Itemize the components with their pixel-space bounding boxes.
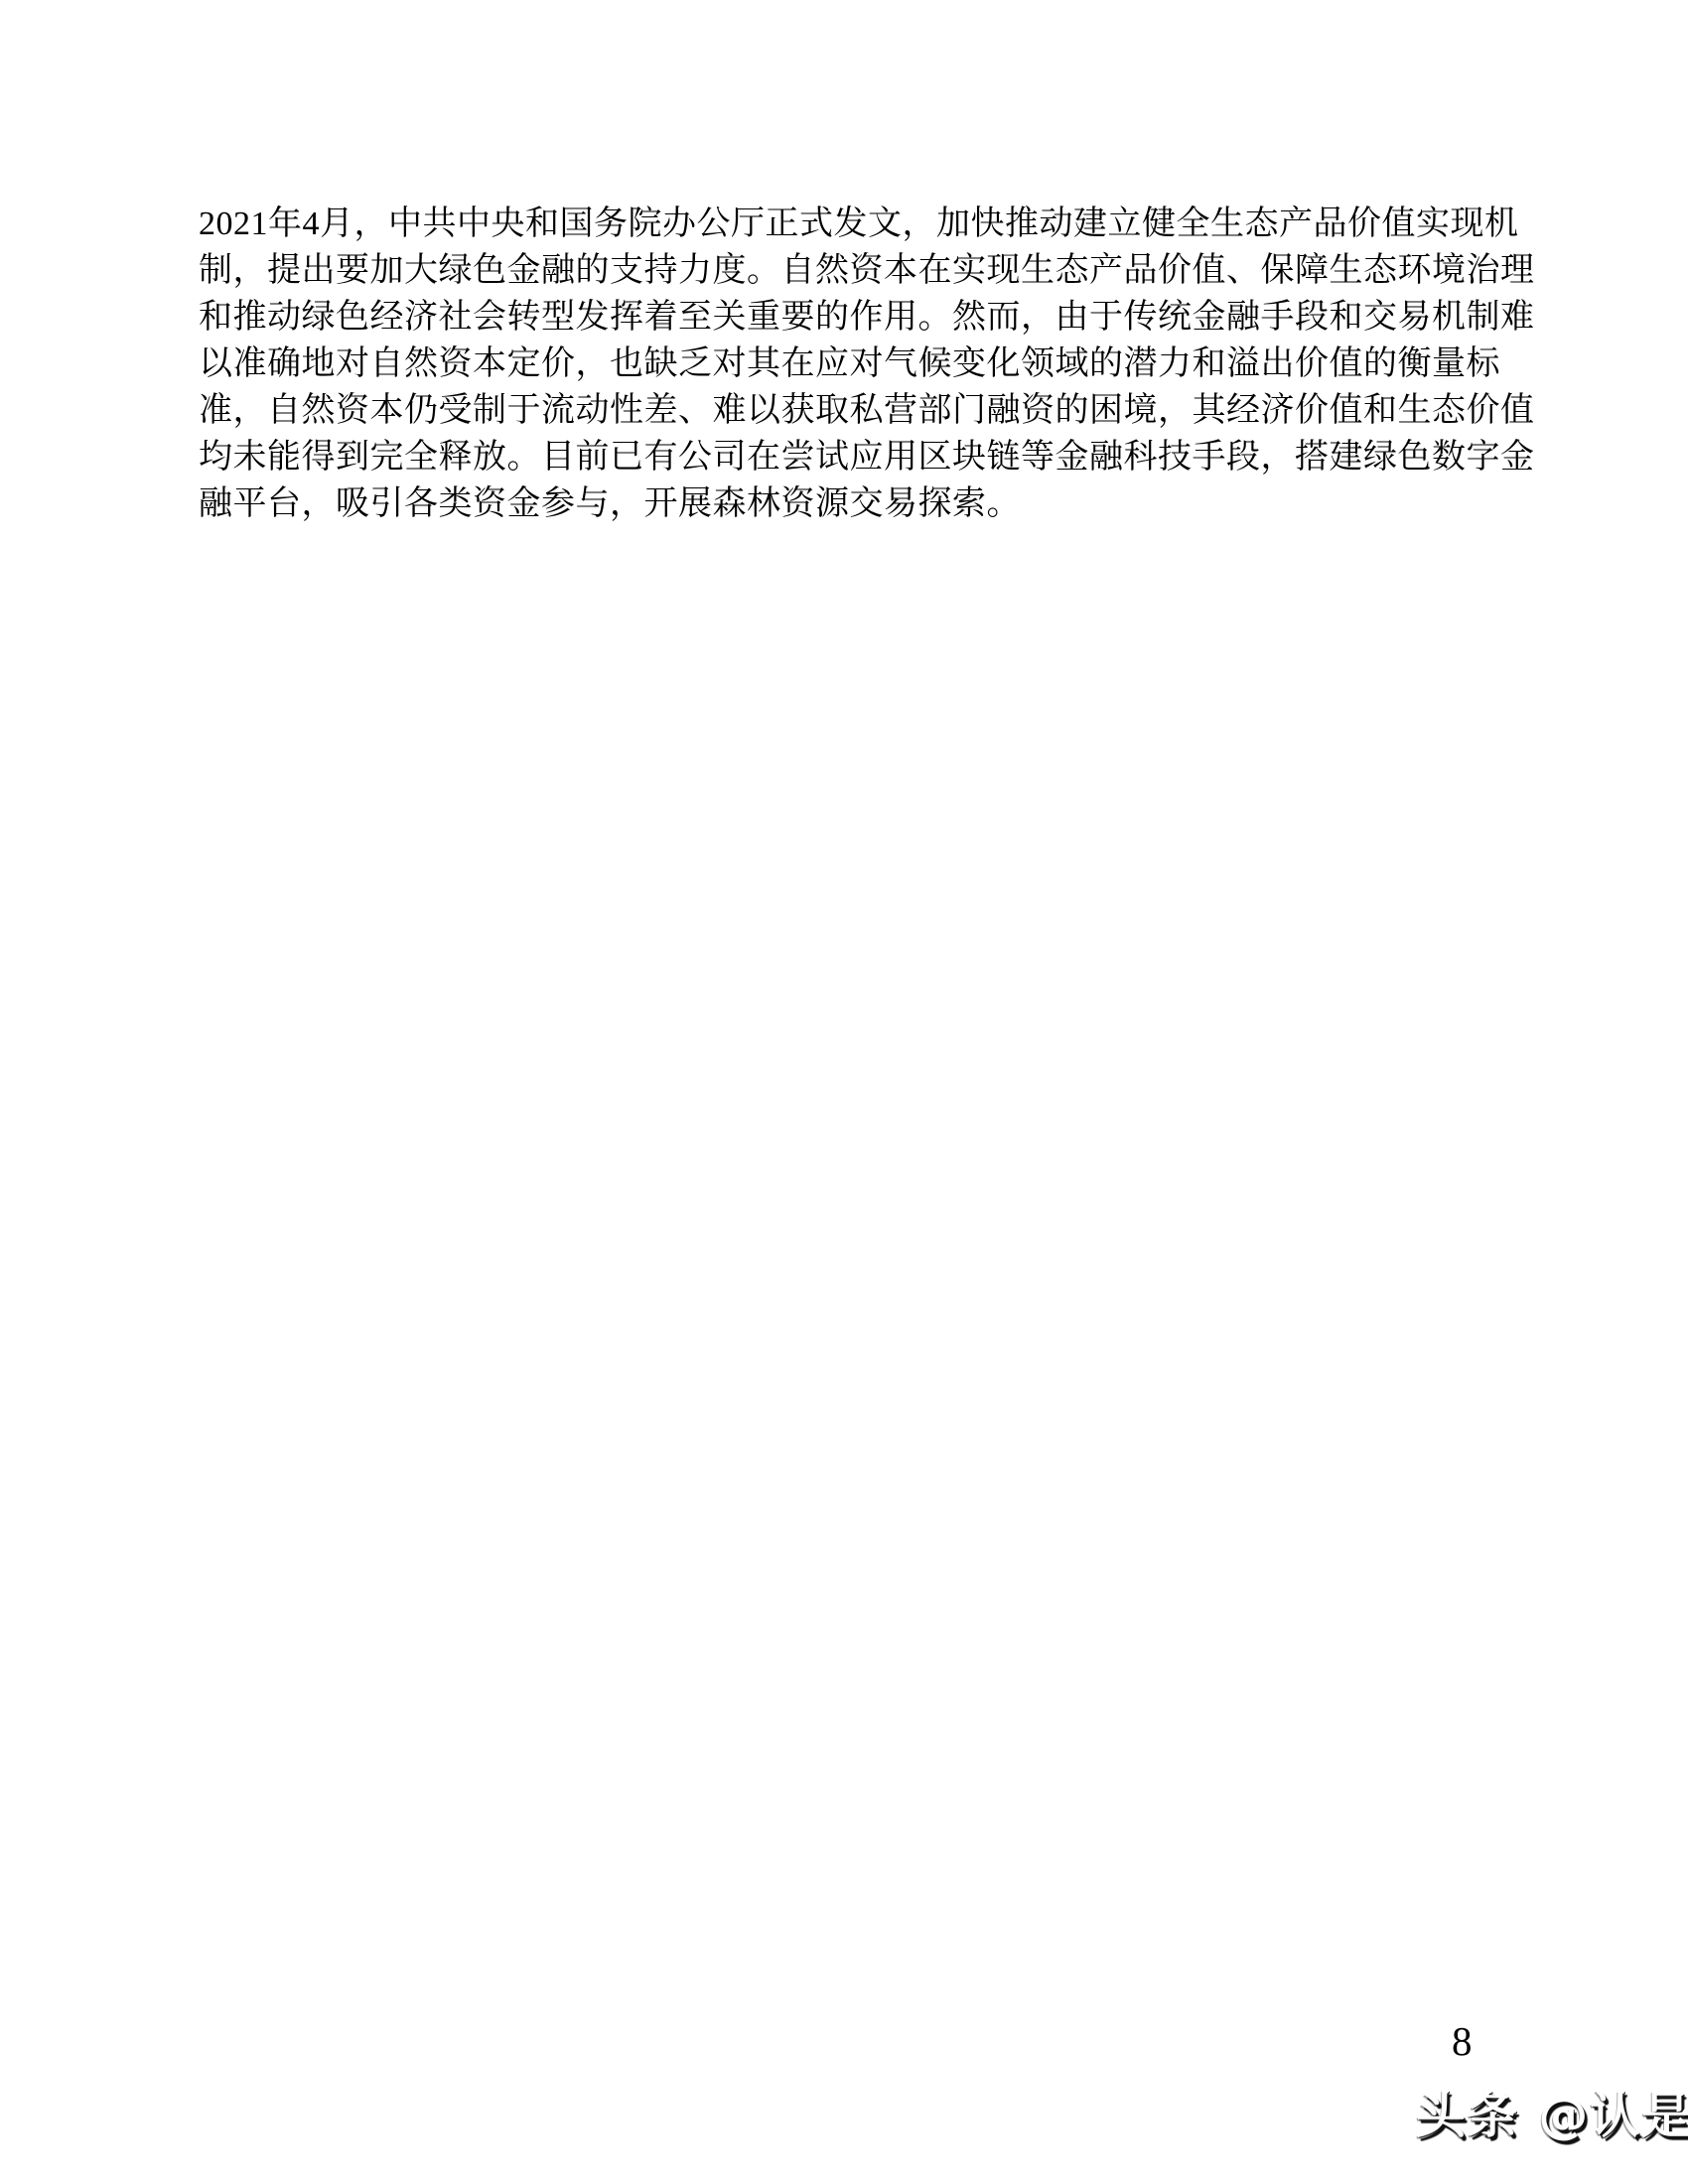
document-page: 2021年4月，中共中央和国务院办公厅正式发文，加快推动建立健全生态产品价值实现… [0, 0, 1688, 2184]
page-number: 8 [1452, 2021, 1473, 2062]
paragraph-line: 2021年4月，中共中央和国务院办公厅正式发文，加快推动建立健全生态产品价值实现… [199, 201, 1491, 247]
paragraph-line: 和推动绿色经济社会转型发挥着至关重要的作用。然而，由于传统金融手段和交易机制难 [199, 294, 1491, 341]
paragraph-line: 均未能得到完全释放。目前已有公司在尝试应用区块链等金融科技手段，搭建绿色数字金 [199, 434, 1491, 480]
watermark-toutiao: 头条 @认是 [1416, 2091, 1688, 2140]
paragraph-line: 制，提出要加大绿色金融的支持力度。自然资本在实现生态产品价值、保障生态环境治理 [199, 247, 1491, 294]
paragraph-line: 以准确地对自然资本定价，也缺乏对其在应对气候变化领域的潜力和溢出价值的衡量标 [199, 341, 1491, 387]
paragraph-line: 融平台，吸引各类资金参与，开展森林资源交易探索。 [199, 480, 1491, 527]
body-paragraph: 2021年4月，中共中央和国务院办公厅正式发文，加快推动建立健全生态产品价值实现… [199, 201, 1491, 527]
paragraph-line: 准，自然资本仍受制于流动性差、难以获取私营部门融资的困境，其经济价值和生态价值 [199, 387, 1491, 434]
